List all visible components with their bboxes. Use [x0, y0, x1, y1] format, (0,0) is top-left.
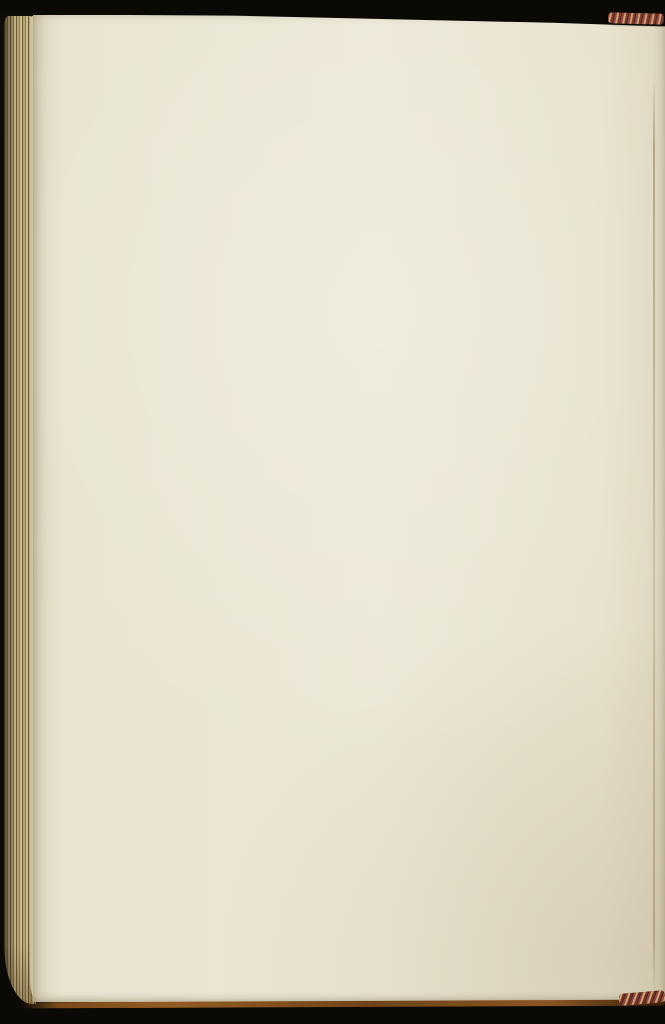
book-page	[33, 15, 665, 1002]
headband-icon	[608, 12, 664, 25]
page-crease	[653, 73, 655, 994]
book-photo: 330 NOTES AND SKETCHES. greater reputati…	[0, 0, 665, 1024]
